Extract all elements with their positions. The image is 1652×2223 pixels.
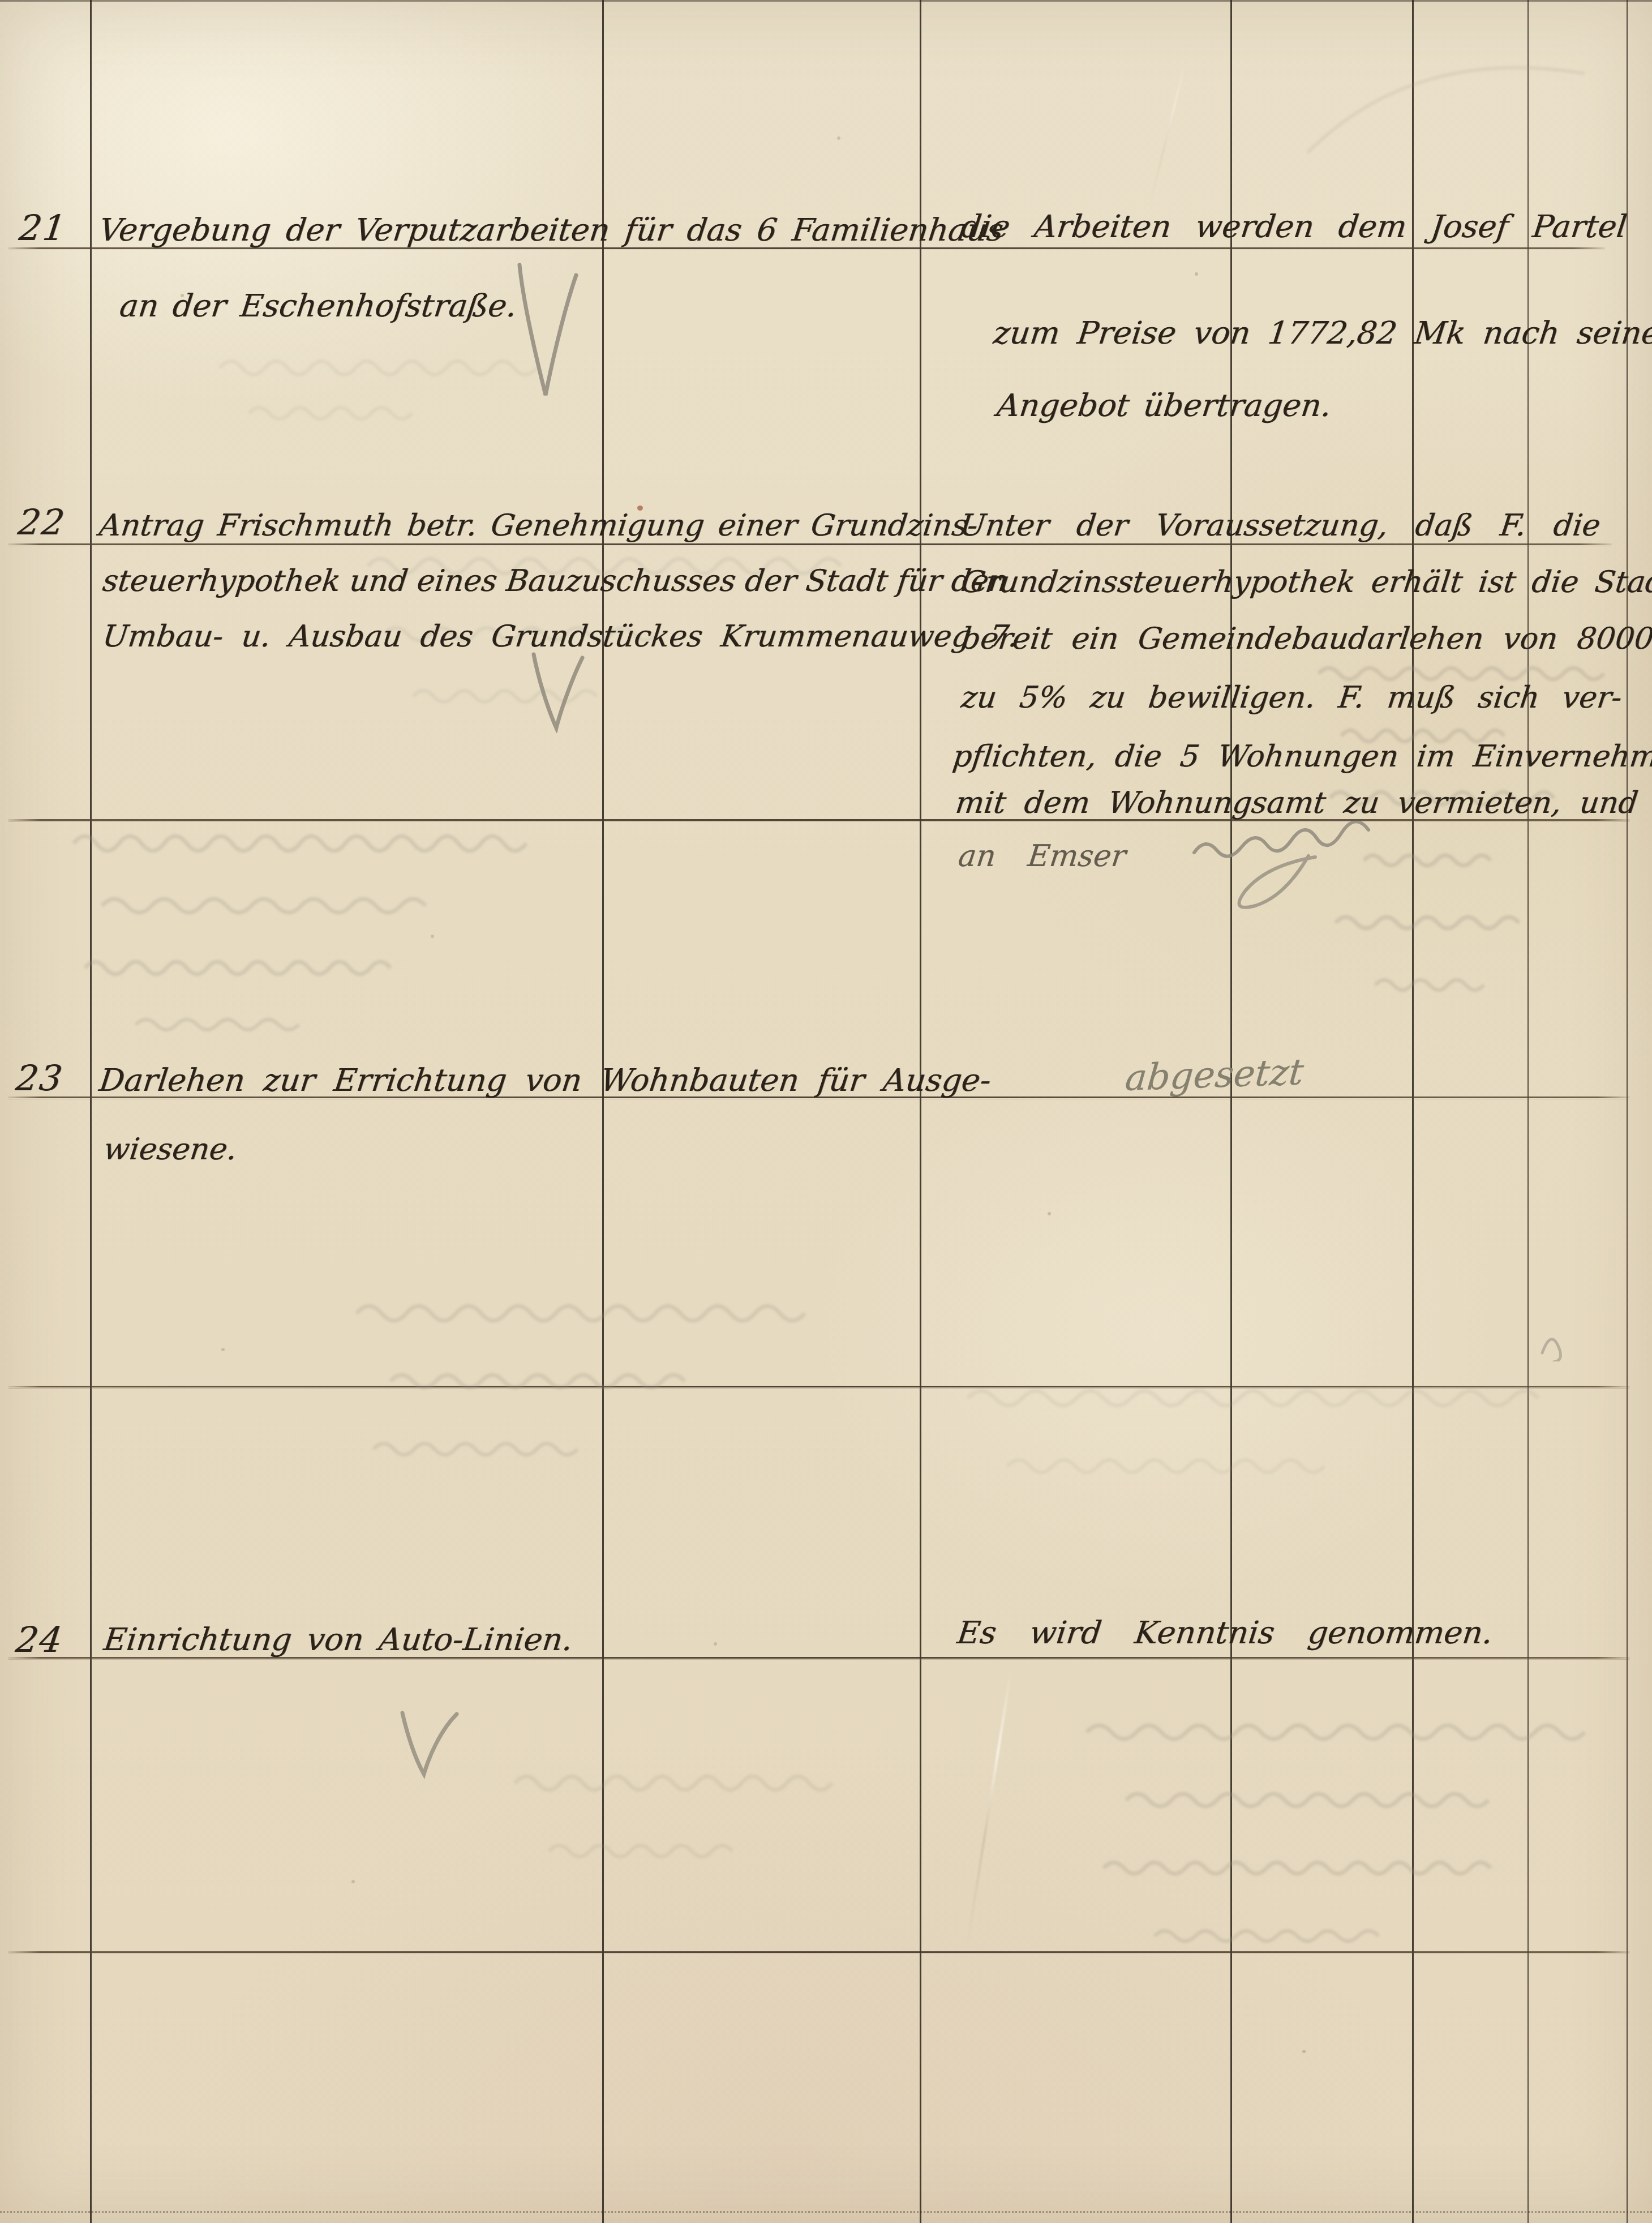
entry-22-decision-line: an Emser <box>956 839 1128 873</box>
entry-number: 24 <box>14 1619 66 1660</box>
entry-22-subject-line: Umbau- u. Ausbau des Grundstückes Krumme… <box>101 619 1020 654</box>
entry-22-subject-line: Antrag Frischmuth betr. Genehmigung eine… <box>97 508 980 543</box>
column-divider <box>90 0 92 2223</box>
red-ink-dot <box>637 506 643 511</box>
entry-23-pencil-note: abgesetzt <box>1123 1051 1305 1099</box>
paper-specks <box>0 0 2 2</box>
pencil-stray-mark <box>1537 1322 1571 1361</box>
entry-22-decision-line: Grundzinssteuerhypothek erhält ist die S… <box>959 565 1652 599</box>
bleedthrough-ghost-writing <box>1296 34 1602 181</box>
entry-22-decision-line: bereit ein Gemeindebaudarlehen von 8000 … <box>959 622 1652 656</box>
entry-number: 21 <box>17 207 69 249</box>
entry-21-decision-line: die Arbeiten werden dem Josef Partel <box>959 208 1629 245</box>
entry-22-decision-line: Unter der Voraussetzung, daß F. die <box>958 508 1602 543</box>
column-divider <box>920 0 921 2223</box>
entry-21-decision-line: Angebot übertragen. <box>995 387 1333 423</box>
entry-22-decision-line: mit dem Wohnungsamt zu vermieten, und zw… <box>954 786 1652 820</box>
paper-crease <box>1148 64 1186 207</box>
entry-22-decision-line: pflichten, die 5 Wohnungen im Einvernehm… <box>951 739 1652 774</box>
entry-23-subject-line: Darlehen zur Errichtung von Wohnbauten f… <box>97 1062 993 1098</box>
entry-number: 23 <box>14 1057 66 1099</box>
entry-22-subject-line: steuerhypothek und eines Bauzuschusses d… <box>101 564 1010 598</box>
paper-crease <box>966 1669 1012 1949</box>
entry-21-subject-line: Vergebung der Verputzarbeiten für das 6 … <box>97 212 1005 248</box>
perforation-dotted-line <box>0 2211 1652 2213</box>
entry-22-decision-line: zu 5% zu bewilligen. F. muß sich ver- <box>959 680 1624 715</box>
entry-23-subject-line: wiesene. <box>102 1132 239 1167</box>
entry-number: 22 <box>16 502 68 543</box>
bleedthrough-ghost-writing <box>68 809 555 1047</box>
pencil-scribble <box>1188 821 1404 923</box>
entry-21-decision-line: zum Preise von 1772,82 Mk nach seinem <box>992 315 1652 351</box>
pencil-check-mark <box>524 651 591 733</box>
bleedthrough-ghost-writing <box>509 1744 860 1902</box>
entry-24-subject-line: Einrichtung von Auto-Linien. <box>102 1621 574 1657</box>
pencil-check-mark <box>393 1708 467 1779</box>
bleedthrough-ghost-writing <box>962 1359 1585 1506</box>
scan-top-edge <box>0 0 1652 2</box>
bleedthrough-ghost-writing <box>351 1279 860 1506</box>
entry-21-subject-line: an der Eschenhofstraße. <box>118 288 519 324</box>
bleedthrough-ghost-writing <box>1075 1693 1641 1987</box>
entry-24-decision-line: Es wird Kenntnis genommen. <box>955 1614 1495 1651</box>
ledger-page: 21 Vergebung der Verputzarbeiten für das… <box>0 0 1652 2223</box>
pencil-check-mark <box>504 260 583 402</box>
